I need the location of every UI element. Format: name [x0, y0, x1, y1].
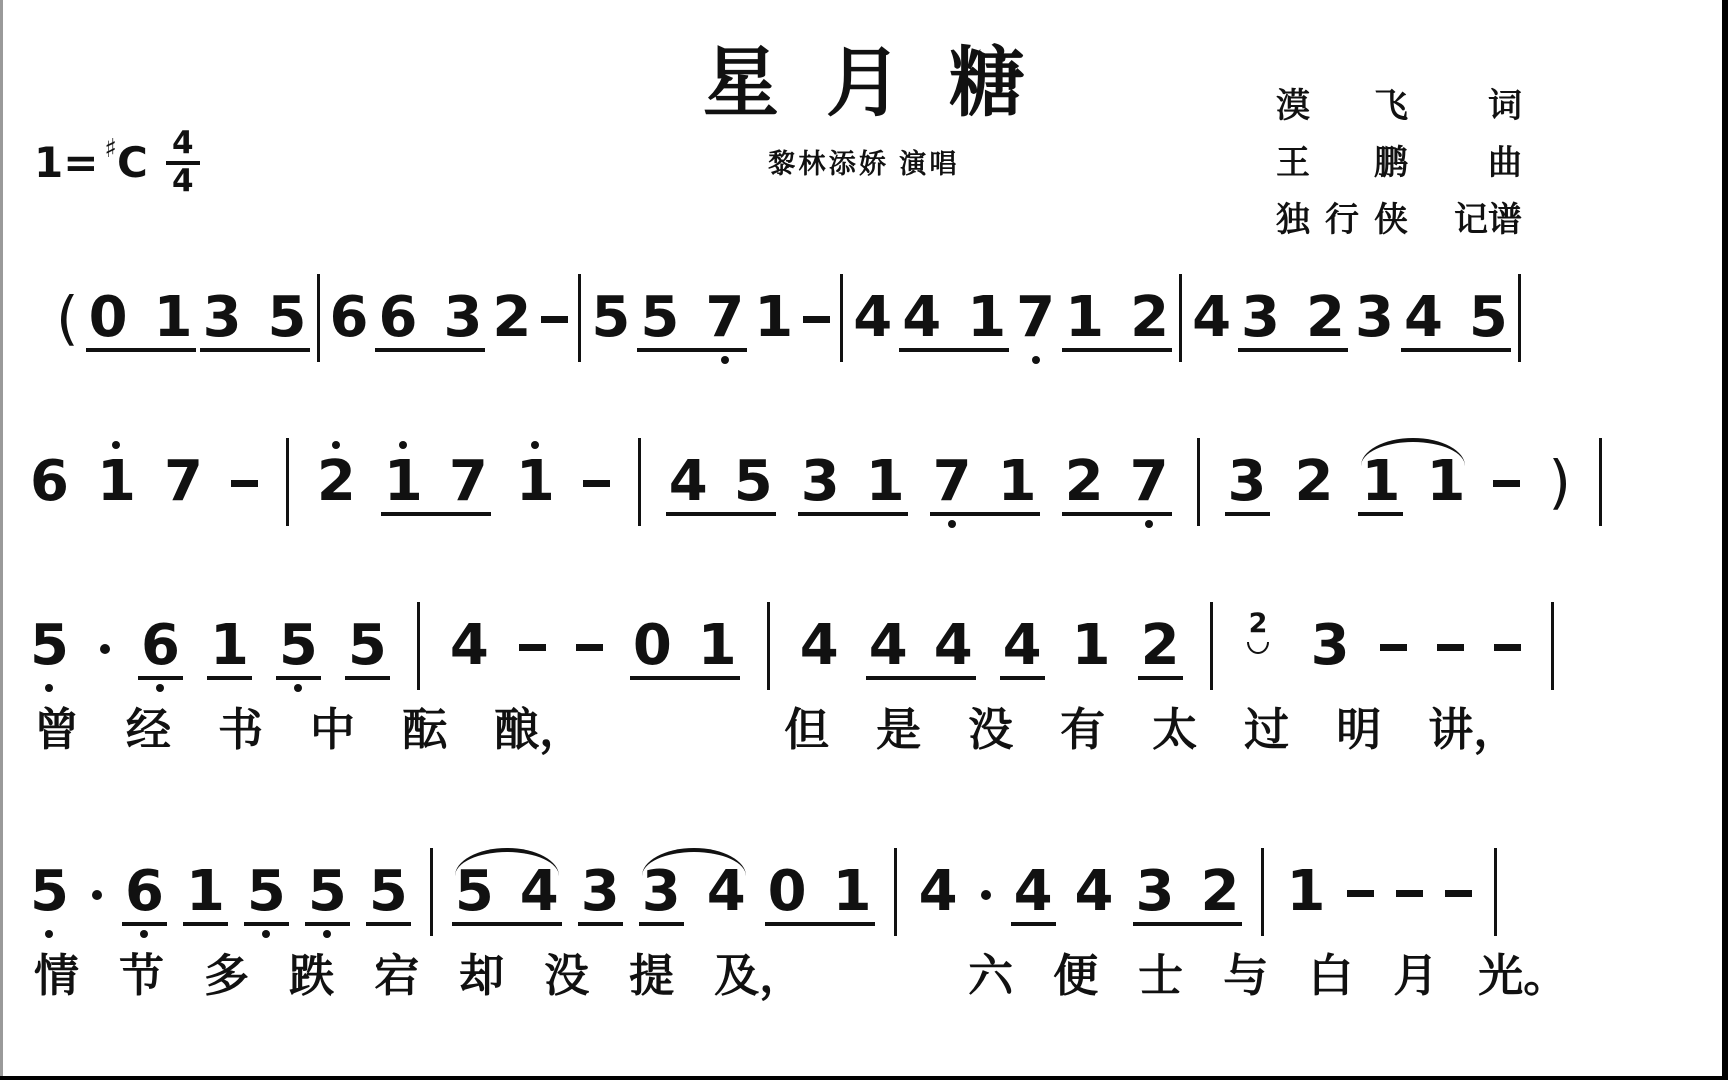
note-1: 1: [754, 270, 793, 366]
duration-dash: [1347, 890, 1374, 897]
note-5: 5: [247, 844, 286, 940]
note-digit: 3: [1228, 454, 1267, 510]
grace-tie-arc: [1247, 642, 1269, 654]
beam-line: [899, 348, 1009, 352]
note-digit: 4: [902, 290, 941, 346]
beam-group: 63: [378, 270, 482, 366]
music-line-4: 5615555433401444321: [0, 844, 1728, 940]
lyric-char: 白: [1308, 939, 1353, 1004]
note-digit: 1: [1286, 864, 1325, 920]
beam-group: 45: [1404, 270, 1508, 366]
lyrics-line-1: 曾经书中酝酿，但是没有太过明讲，: [0, 692, 1728, 758]
note-4: 4: [853, 270, 892, 366]
note-digit: 1: [754, 290, 793, 346]
lyric-char: 过: [1244, 693, 1289, 758]
note-digit: 5: [279, 618, 318, 674]
note-digit: 7: [449, 454, 488, 510]
duration-dash: [1493, 480, 1520, 487]
paren-open: (: [56, 270, 79, 366]
duration-dash: [231, 480, 258, 487]
octave-dot-low: [140, 930, 148, 938]
credit-name: 漠飞: [1276, 78, 1408, 135]
eighth-underline: [1011, 922, 1056, 926]
note-digit: 1: [186, 864, 225, 920]
note-digit: 2: [1200, 864, 1239, 920]
note-digit: 6: [378, 290, 417, 346]
barline: [1599, 438, 1602, 526]
note-2: 2: [317, 434, 356, 530]
page-edge-left: [0, 0, 3, 1080]
sharp-accidental: ♯: [104, 134, 117, 164]
note-digit: 1: [97, 454, 136, 510]
octave-dot-low: [156, 684, 164, 692]
lyric-char: 曾: [34, 693, 79, 758]
page-edge-right: [1722, 0, 1728, 1080]
beam-line: [86, 348, 196, 352]
duration-dash: [541, 316, 568, 323]
key-time-signature: 1=♯C 4 4: [34, 128, 200, 197]
credit-role: 曲: [1426, 135, 1522, 192]
note-digit: 0: [89, 290, 128, 346]
beam-line: [765, 922, 875, 926]
beam-group: 34: [642, 844, 746, 940]
beam-group: 32: [1136, 844, 1240, 940]
note-digit: 0: [768, 864, 807, 920]
beam-group: 27: [1065, 434, 1169, 530]
sheet-music-page: 星月糖 黎林添娇 演唱 1=♯C 4 4 漠飞 词 王鹏 曲 独行侠 记谱: [0, 0, 1728, 1080]
barline: [1179, 274, 1182, 362]
lyric-phrase: 曾经书中酝酿，: [34, 693, 584, 758]
note-digit: 1: [384, 454, 423, 510]
note-digit: 5: [1469, 290, 1508, 346]
note-digit: 1: [210, 618, 249, 674]
note-digit: 3: [581, 864, 620, 920]
key-prefix: 1=: [34, 138, 98, 187]
beam-line: [375, 348, 485, 352]
barline: [578, 274, 581, 362]
note-digit: 5: [348, 618, 387, 674]
eighth-underline: [639, 922, 684, 926]
note-4: 4: [919, 844, 958, 940]
beam-group: 12: [1065, 270, 1169, 366]
note-digit: 4: [1075, 864, 1114, 920]
octave-dot-low: [294, 684, 302, 692]
note-1: 1: [97, 434, 136, 530]
beam-group: 31: [801, 434, 905, 530]
duration-dash: [1380, 644, 1407, 651]
music-line-1: (013566325571441712432345: [0, 270, 1728, 366]
note-1: 1: [516, 434, 555, 530]
note-digit: 7: [1130, 454, 1169, 510]
note-5: 5: [279, 598, 318, 694]
note-digit: 1: [967, 290, 1006, 346]
octave-dot-low: [1032, 356, 1040, 364]
note-5: 5: [308, 844, 347, 940]
note-digit: 1: [1065, 290, 1104, 346]
note-digit: 5: [30, 864, 69, 920]
music-line-2: 6172171453171273211): [0, 434, 1728, 530]
note-5: 5: [348, 598, 387, 694]
beam-line: [666, 512, 776, 516]
note-digit: 2: [1141, 618, 1180, 674]
note-2: 2: [1141, 598, 1180, 694]
note-digit: 3: [801, 454, 840, 510]
augmentation-dot: [980, 844, 992, 940]
beam-group: 44: [869, 598, 973, 694]
note-digit: 5: [247, 864, 286, 920]
note-digit: 3: [1311, 618, 1350, 674]
beam-line: [930, 512, 1040, 516]
lyric-char: 与: [1223, 939, 1268, 1004]
lyric-char: 情: [34, 939, 79, 1004]
eighth-underline: [276, 676, 321, 680]
barline: [417, 602, 420, 690]
note-1: 1: [1072, 598, 1111, 694]
note-digit: 5: [369, 864, 408, 920]
octave-dot-high: [112, 441, 120, 449]
lyric-char: 士: [1138, 939, 1183, 1004]
dot: [100, 644, 110, 654]
barline: [840, 274, 843, 362]
eighth-underline: [183, 922, 228, 926]
octave-dot-low: [1145, 520, 1153, 528]
note-5: 5: [30, 598, 69, 694]
note-2: 2: [1295, 434, 1334, 530]
note-3: 3: [1355, 270, 1394, 366]
lyric-char: 但: [784, 693, 829, 758]
time-denominator: 4: [172, 166, 194, 198]
note-4: 4: [1192, 270, 1231, 366]
beam-group: 32: [1241, 270, 1345, 366]
barline: [430, 848, 433, 936]
note-digit: 3: [1355, 290, 1394, 346]
credit-transcriber: 独行侠 记谱: [1276, 192, 1522, 249]
eighth-underline: [1000, 676, 1045, 680]
beam-group: 57: [640, 270, 744, 366]
lyric-char: 经: [126, 693, 171, 758]
octave-dot-high: [332, 441, 340, 449]
lyric-char: 却: [459, 939, 504, 1004]
note-digit: 1: [516, 454, 555, 510]
note-7: 7: [164, 434, 203, 530]
lyrics-line-2: 情节多跌宕却没提及，六便士与白月光。: [0, 938, 1728, 1004]
duration-dash: [519, 644, 546, 651]
beam-group: 45: [669, 434, 773, 530]
lyric-char: 及，: [714, 939, 804, 1004]
eighth-underline: [578, 922, 623, 926]
octave-dot-low: [948, 520, 956, 528]
note-5: 5: [30, 844, 69, 940]
beam-line: [798, 512, 908, 516]
credit-role: 记谱: [1426, 192, 1522, 249]
augmentation-dot: [99, 598, 111, 694]
note-4: 4: [800, 598, 839, 694]
barline: [1210, 602, 1213, 690]
beam-group: 71: [933, 434, 1037, 530]
beam-line: [1062, 348, 1172, 352]
credits-block: 漠飞 词 王鹏 曲 独行侠 记谱: [1276, 78, 1522, 249]
lyric-char: 节: [119, 939, 164, 1004]
note-digit: 2: [492, 290, 531, 346]
lyric-char: 是: [876, 693, 921, 758]
credit-name: 独行侠: [1276, 192, 1408, 249]
note-digit: 5: [734, 454, 773, 510]
note-digit: 7: [1016, 290, 1055, 346]
lyric-char: 酝: [402, 693, 447, 758]
barline: [1197, 438, 1200, 526]
eighth-underline: [1358, 512, 1403, 516]
note-digit: 5: [30, 618, 69, 674]
note-digit: 3: [203, 290, 242, 346]
credit-composer: 王鹏 曲: [1276, 135, 1522, 192]
note-digit: 1: [1072, 618, 1111, 674]
beam-line: [200, 348, 310, 352]
beam-line: [866, 676, 976, 680]
beam-group: 35: [203, 270, 307, 366]
note-7: 7: [1016, 270, 1055, 366]
duration-dash: [1445, 890, 1472, 897]
duration-dash: [1396, 890, 1423, 897]
octave-dot-low: [262, 930, 270, 938]
note-digit: 6: [330, 290, 369, 346]
duration-dash: [803, 316, 830, 323]
note-4: 4: [1003, 598, 1042, 694]
note-2: 2: [492, 270, 531, 366]
barline: [286, 438, 289, 526]
note-digit: 4: [919, 864, 958, 920]
grace-note-2: 2: [1243, 598, 1281, 694]
note-3: 3: [1311, 598, 1350, 694]
note-5: 5: [591, 270, 630, 366]
eighth-underline: [138, 676, 183, 680]
barline: [1261, 848, 1264, 936]
beam-group: 11: [1361, 434, 1465, 530]
beam-group: 01: [633, 598, 737, 694]
note-digit: 7: [164, 454, 203, 510]
dot: [981, 890, 991, 900]
note-1: 1: [186, 844, 225, 940]
lyric-char: 月: [1393, 939, 1438, 1004]
barline: [1518, 274, 1521, 362]
lyric-char: 跌: [289, 939, 334, 1004]
lyric-char: 六: [968, 939, 1013, 1004]
duration-dash: [583, 480, 610, 487]
lyric-char: 宕: [374, 939, 419, 1004]
grace-digit: 2: [1249, 608, 1268, 639]
note-digit: 2: [1065, 454, 1104, 510]
beam-group: 41: [902, 270, 1006, 366]
note-4: 4: [450, 598, 489, 694]
lyric-char: 便: [1053, 939, 1098, 1004]
eighth-underline: [207, 676, 252, 680]
eighth-underline: [244, 922, 289, 926]
paren-close: ): [1548, 434, 1571, 530]
note-digit: 1: [833, 864, 872, 920]
note-digit: 6: [125, 864, 164, 920]
note-6: 6: [330, 270, 369, 366]
note-3: 3: [1228, 434, 1267, 530]
note-digit: 1: [866, 454, 905, 510]
note-5: 5: [369, 844, 408, 940]
lyric-char: 有: [1060, 693, 1105, 758]
beam-group: 17: [384, 434, 488, 530]
note-1: 1: [210, 598, 249, 694]
page-edge-bottom: [0, 1076, 1728, 1080]
lyric-phrase: 六便士与白月光。: [968, 939, 1568, 1004]
note-digit: 6: [141, 618, 180, 674]
beam-line: [630, 676, 740, 680]
note-digit: 4: [853, 290, 892, 346]
credit-role: 词: [1426, 78, 1522, 135]
octave-dot-low: [323, 930, 331, 938]
octave-dot-low: [45, 684, 53, 692]
note-6: 6: [141, 598, 180, 694]
note-digit: 1: [154, 290, 193, 346]
eighth-underline: [366, 922, 411, 926]
lyric-char: 中: [310, 693, 355, 758]
score-header: 星月糖 黎林添娇 演唱 1=♯C 4 4 漠飞 词 王鹏 曲 独行侠 记谱: [0, 0, 1728, 262]
note-digit: 1: [698, 618, 737, 674]
note-digit: 4: [800, 618, 839, 674]
octave-dot-low: [721, 356, 729, 364]
beam-line: [1062, 512, 1172, 516]
note-digit: 3: [1241, 290, 1280, 346]
lyric-char: 书: [218, 693, 263, 758]
lyric-phrase: 但是没有太过明讲，: [784, 693, 1518, 758]
beam-line: [452, 922, 562, 926]
lyric-phrase: 情节多跌宕却没提及，: [34, 939, 804, 1004]
beam-line: [1238, 348, 1348, 352]
note-digit: 5: [268, 290, 307, 346]
barline: [1551, 602, 1554, 690]
barline: [767, 602, 770, 690]
beam-group: 01: [768, 844, 872, 940]
lyric-char: 酿，: [494, 693, 584, 758]
note-digit: 2: [1130, 290, 1169, 346]
note-digit: 4: [1014, 864, 1053, 920]
lyric-char: 多: [204, 939, 249, 1004]
note-digit: 0: [633, 618, 672, 674]
note-digit: 4: [1404, 290, 1443, 346]
note-digit: 7: [705, 290, 744, 346]
beam-line: [637, 348, 747, 352]
note-digit: 4: [1003, 618, 1042, 674]
beam-line: [381, 512, 491, 516]
time-numerator: 4: [172, 128, 194, 160]
lyric-char: 提: [629, 939, 674, 1004]
barline: [894, 848, 897, 936]
note-6: 6: [30, 434, 69, 530]
score-body: (013566325571441712432345617217145317127…: [0, 270, 1728, 1004]
eighth-underline: [305, 922, 350, 926]
beam-line: [1133, 922, 1243, 926]
note-digit: 7: [933, 454, 972, 510]
note-digit: 4: [934, 618, 973, 674]
lyric-char: 讲，: [1428, 693, 1518, 758]
note-digit: 4: [450, 618, 489, 674]
credit-lyricist: 漠飞 词: [1276, 78, 1522, 135]
note-digit: 3: [1136, 864, 1175, 920]
beam-group: 54: [455, 844, 559, 940]
note-digit: 5: [591, 290, 630, 346]
dot: [92, 890, 102, 900]
note-digit: 4: [869, 618, 908, 674]
key-letter: C: [117, 138, 148, 187]
octave-dot-low: [45, 930, 53, 938]
note-4: 4: [1014, 844, 1053, 940]
note-1: 1: [1286, 844, 1325, 940]
time-signature: 4 4: [166, 128, 200, 197]
lyric-char: 明: [1336, 693, 1381, 758]
barline: [638, 438, 641, 526]
lyric-char: 太: [1152, 693, 1197, 758]
lyric-char: 光。: [1478, 939, 1568, 1004]
eighth-underline: [122, 922, 167, 926]
note-digit: 5: [308, 864, 347, 920]
duration-dash: [1437, 644, 1464, 651]
note-digit: 2: [1295, 454, 1334, 510]
note-digit: 2: [1306, 290, 1345, 346]
note-digit: 3: [443, 290, 482, 346]
note-3: 3: [581, 844, 620, 940]
augmentation-dot: [91, 844, 103, 940]
octave-dot-high: [531, 441, 539, 449]
eighth-underline: [345, 676, 390, 680]
eighth-underline: [1225, 512, 1270, 516]
note-digit: 1: [998, 454, 1037, 510]
eighth-underline: [1138, 676, 1183, 680]
note-digit: 6: [30, 454, 69, 510]
note-4: 4: [1075, 844, 1114, 940]
duration-dash: [576, 644, 603, 651]
beam-group: 01: [89, 270, 193, 366]
lyric-char: 没: [544, 939, 589, 1004]
note-digit: 4: [1192, 290, 1231, 346]
duration-dash: [1494, 644, 1521, 651]
note-6: 6: [125, 844, 164, 940]
beam-line: [1401, 348, 1511, 352]
lyric-char: 没: [968, 693, 1013, 758]
barline: [317, 274, 320, 362]
octave-dot-high: [399, 441, 407, 449]
barline: [1494, 848, 1497, 936]
note-digit: 4: [669, 454, 708, 510]
music-line-3: 5615540144441223: [0, 598, 1728, 694]
note-digit: 2: [317, 454, 356, 510]
credit-name: 王鹏: [1276, 135, 1408, 192]
note-digit: 5: [640, 290, 679, 346]
